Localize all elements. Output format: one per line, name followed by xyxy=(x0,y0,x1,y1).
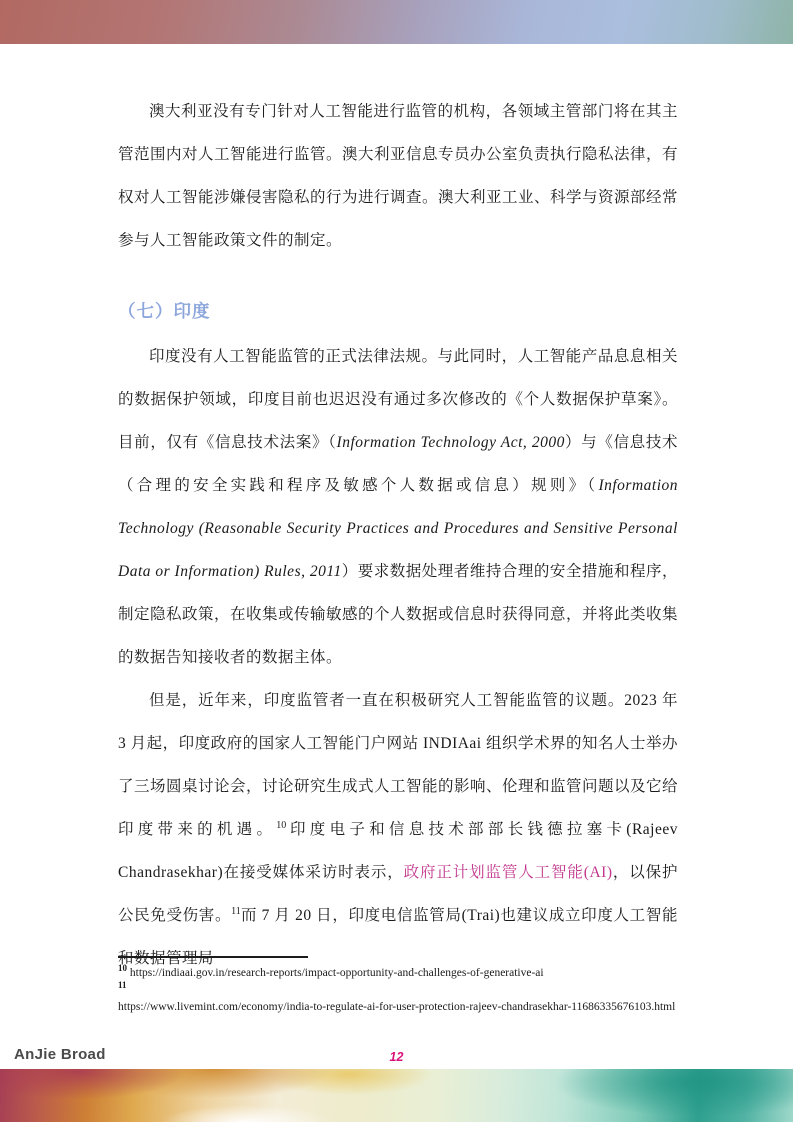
footnote-2-marker: 11 xyxy=(118,980,127,990)
footnote-separator-line xyxy=(118,956,308,958)
page-content: 澳大利亚没有专门针对人工智能进行监管的机构，各领域主管部门将在其主管范围内对人工… xyxy=(118,44,678,980)
footnote-2: https://www.livemint.com/economy/india-t… xyxy=(118,1000,693,1015)
paragraph-india-ai-regulators: 但是，近年来，印度监管者一直在积极研究人工智能监管的议题。2023 年 3 月起… xyxy=(118,679,678,980)
footnote-2-url[interactable]: https://www.livemint.com/economy/india-t… xyxy=(118,1001,675,1013)
footnote-2-marker-line: 11 xyxy=(118,983,700,998)
decorative-paint-artwork xyxy=(0,1069,793,1122)
paragraph-india-data-laws: 印度没有人工智能监管的正式法律法规。与此同时，人工智能产品息息相关的数据保护领域… xyxy=(118,335,678,679)
footnotes-section: 10 https://indiaai.gov.in/research-repor… xyxy=(118,956,700,1017)
page-number: 12 xyxy=(0,1050,793,1064)
document-page: 澳大利亚没有专门针对人工智能进行监管的机构，各领域主管部门将在其主管范围内对人工… xyxy=(0,0,793,1122)
section-heading-india: （七）印度 xyxy=(118,296,678,326)
header-gradient-band xyxy=(0,0,793,44)
paragraph-australia-regulation: 澳大利亚没有专门针对人工智能进行监管的机构，各领域主管部门将在其主管范围内对人工… xyxy=(118,90,678,262)
footnote-1-marker: 10 xyxy=(118,963,127,973)
footnote-1: 10 https://indiaai.gov.in/research-repor… xyxy=(118,966,700,981)
footnote-1-url[interactable]: https://indiaai.gov.in/research-reports/… xyxy=(130,967,544,979)
